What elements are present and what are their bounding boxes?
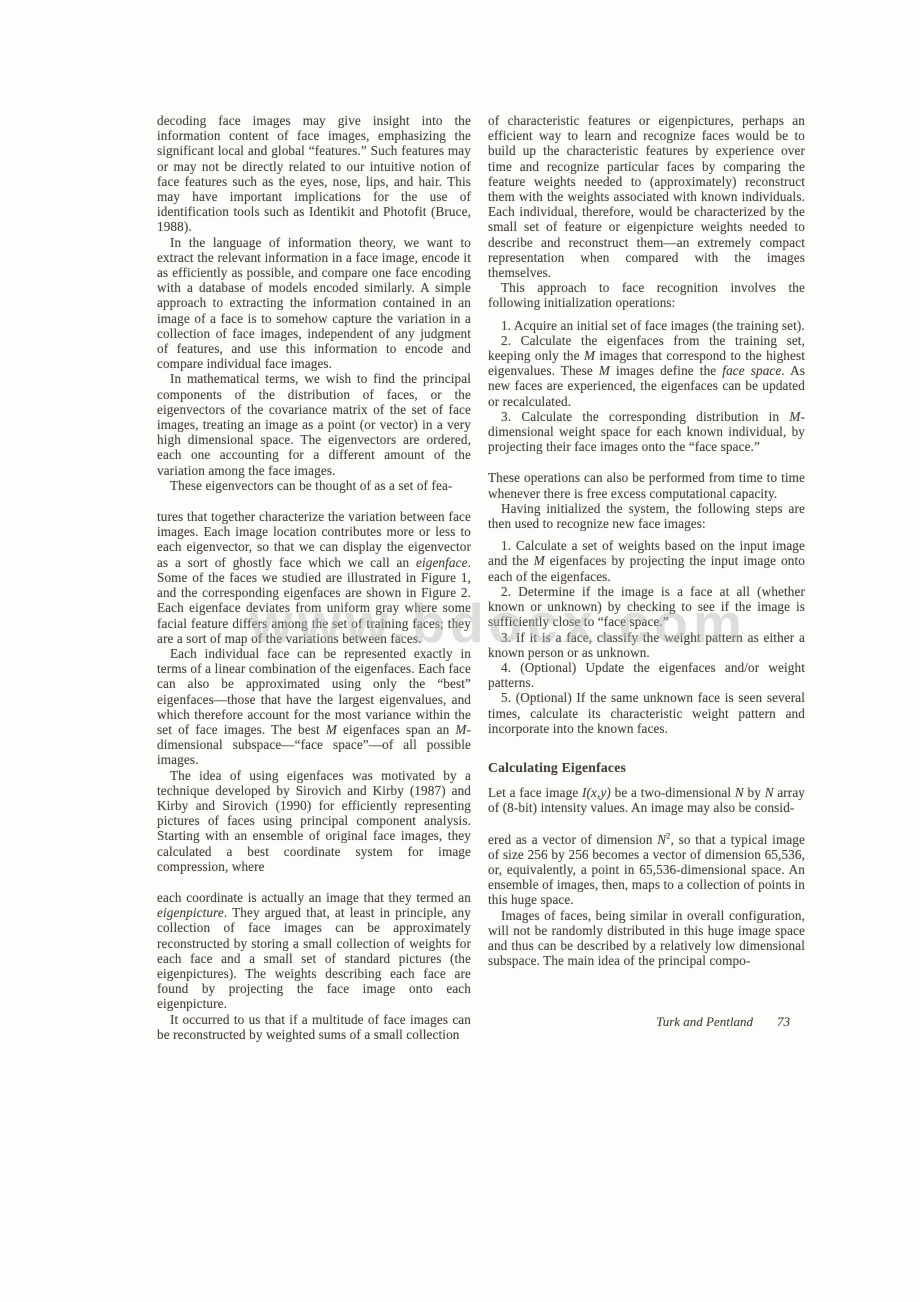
text-run: I(x,y) bbox=[582, 785, 611, 800]
text-run: face space bbox=[722, 363, 781, 378]
text-run: M bbox=[326, 722, 337, 737]
text-run: decoding face images may give insight in… bbox=[157, 113, 471, 234]
text-run: of characteristic features or eigenpictu… bbox=[488, 113, 805, 280]
running-head: Turk and Pentland bbox=[656, 1014, 753, 1029]
text-run: N bbox=[765, 785, 774, 800]
text-run: by bbox=[744, 785, 765, 800]
text-run: 3. Calculate the corresponding distribut… bbox=[501, 409, 789, 424]
text-run: images define the bbox=[610, 363, 722, 378]
text-run: N bbox=[657, 832, 666, 847]
paragraph: In mathematical terms, we wish to find t… bbox=[157, 371, 471, 477]
text-run: 3. If it is a face, classify the weight … bbox=[488, 630, 805, 660]
text-run: In the language of information theory, w… bbox=[157, 235, 471, 372]
text-run: N bbox=[735, 785, 744, 800]
text-run: These eigenvectors can be thought of as … bbox=[170, 478, 452, 493]
text-run: eigenfaces span an bbox=[337, 722, 455, 737]
text-run: M bbox=[584, 348, 595, 363]
text-run: 4. (Optional) Update the eigenfaces and/… bbox=[488, 660, 805, 690]
text-run: M bbox=[789, 409, 800, 424]
text-run: eigenpicture bbox=[157, 905, 224, 920]
right-column: of characteristic features or eigenpictu… bbox=[488, 113, 805, 968]
paragraph: It occurred to us that if a multitude of… bbox=[157, 1012, 471, 1042]
text-run: 2. Determine if the image is a face at a… bbox=[488, 584, 805, 629]
text-run: each coordinate is actually an image tha… bbox=[157, 890, 471, 905]
page-number: 73 bbox=[777, 1014, 790, 1029]
paragraph: These eigenvectors can be thought of as … bbox=[157, 478, 471, 493]
text-run: Calculating Eigenfaces bbox=[488, 760, 626, 775]
text-run: eigenface bbox=[416, 555, 468, 570]
page-footer: Turk and Pentland73 bbox=[488, 1014, 790, 1030]
paragraph: In the language of information theory, w… bbox=[157, 235, 471, 372]
section-heading: Calculating Eigenfaces bbox=[488, 760, 805, 775]
paragraph: The idea of using eigenfaces was motivat… bbox=[157, 768, 471, 874]
paragraph: each coordinate is actually an image tha… bbox=[157, 890, 471, 1012]
text-run: It occurred to us that if a multitude of… bbox=[157, 1012, 471, 1042]
paragraph: These operations can also be performed f… bbox=[488, 470, 805, 500]
text-run: Having initialized the system, the follo… bbox=[488, 501, 805, 531]
list-item: 1. Acquire an initial set of face images… bbox=[488, 318, 805, 333]
paragraph: ered as a vector of dimension N2, so tha… bbox=[488, 832, 805, 908]
text-run: M bbox=[534, 553, 545, 568]
text-run: These operations can also be performed f… bbox=[488, 470, 805, 500]
list-item: 4. (Optional) Update the eigenfaces and/… bbox=[488, 660, 805, 690]
list-item: 1. Calculate a set of weights based on t… bbox=[488, 538, 805, 584]
paragraph: Images of faces, being similar in overal… bbox=[488, 908, 805, 969]
paragraph: Let a face image I(x,y) be a two-dimensi… bbox=[488, 785, 805, 815]
text-run: 1. Acquire an initial set of face images… bbox=[501, 318, 805, 333]
list-item: 2. Determine if the image is a face at a… bbox=[488, 584, 805, 630]
text-run: ered as a vector of dimension bbox=[488, 832, 657, 847]
list-item: 2. Calculate the eigenfaces from the tra… bbox=[488, 333, 805, 409]
paragraph: Each individual face can be represented … bbox=[157, 646, 471, 768]
text-run: . They argued that, at least in principl… bbox=[157, 905, 471, 1011]
text-run: The idea of using eigenfaces was motivat… bbox=[157, 768, 471, 874]
text-run: M bbox=[599, 363, 610, 378]
text-run: 5. (Optional) If the same unknown face i… bbox=[488, 690, 805, 735]
paragraph: This approach to face recognition involv… bbox=[488, 280, 805, 310]
scanned-paper-page: decoding face images may give insight in… bbox=[0, 0, 920, 1302]
left-column: decoding face images may give insight in… bbox=[157, 113, 471, 1042]
text-run: This approach to face recognition involv… bbox=[488, 280, 805, 310]
text-run: M bbox=[455, 722, 466, 737]
text-run: Images of faces, being similar in overal… bbox=[488, 908, 805, 969]
paragraph: decoding face images may give insight in… bbox=[157, 113, 471, 235]
paragraph: tures that together characterize the var… bbox=[157, 509, 471, 646]
paragraph: Having initialized the system, the follo… bbox=[488, 501, 805, 531]
text-run: In mathematical terms, we wish to find t… bbox=[157, 371, 471, 477]
text-run: be a two-dimensional bbox=[611, 785, 735, 800]
list-item: 3. If it is a face, classify the weight … bbox=[488, 630, 805, 660]
paragraph: of characteristic features or eigenpictu… bbox=[488, 113, 805, 280]
list-item: 3. Calculate the corresponding distribut… bbox=[488, 409, 805, 455]
list-item: 5. (Optional) If the same unknown face i… bbox=[488, 690, 805, 736]
text-run: Let a face image bbox=[488, 785, 582, 800]
